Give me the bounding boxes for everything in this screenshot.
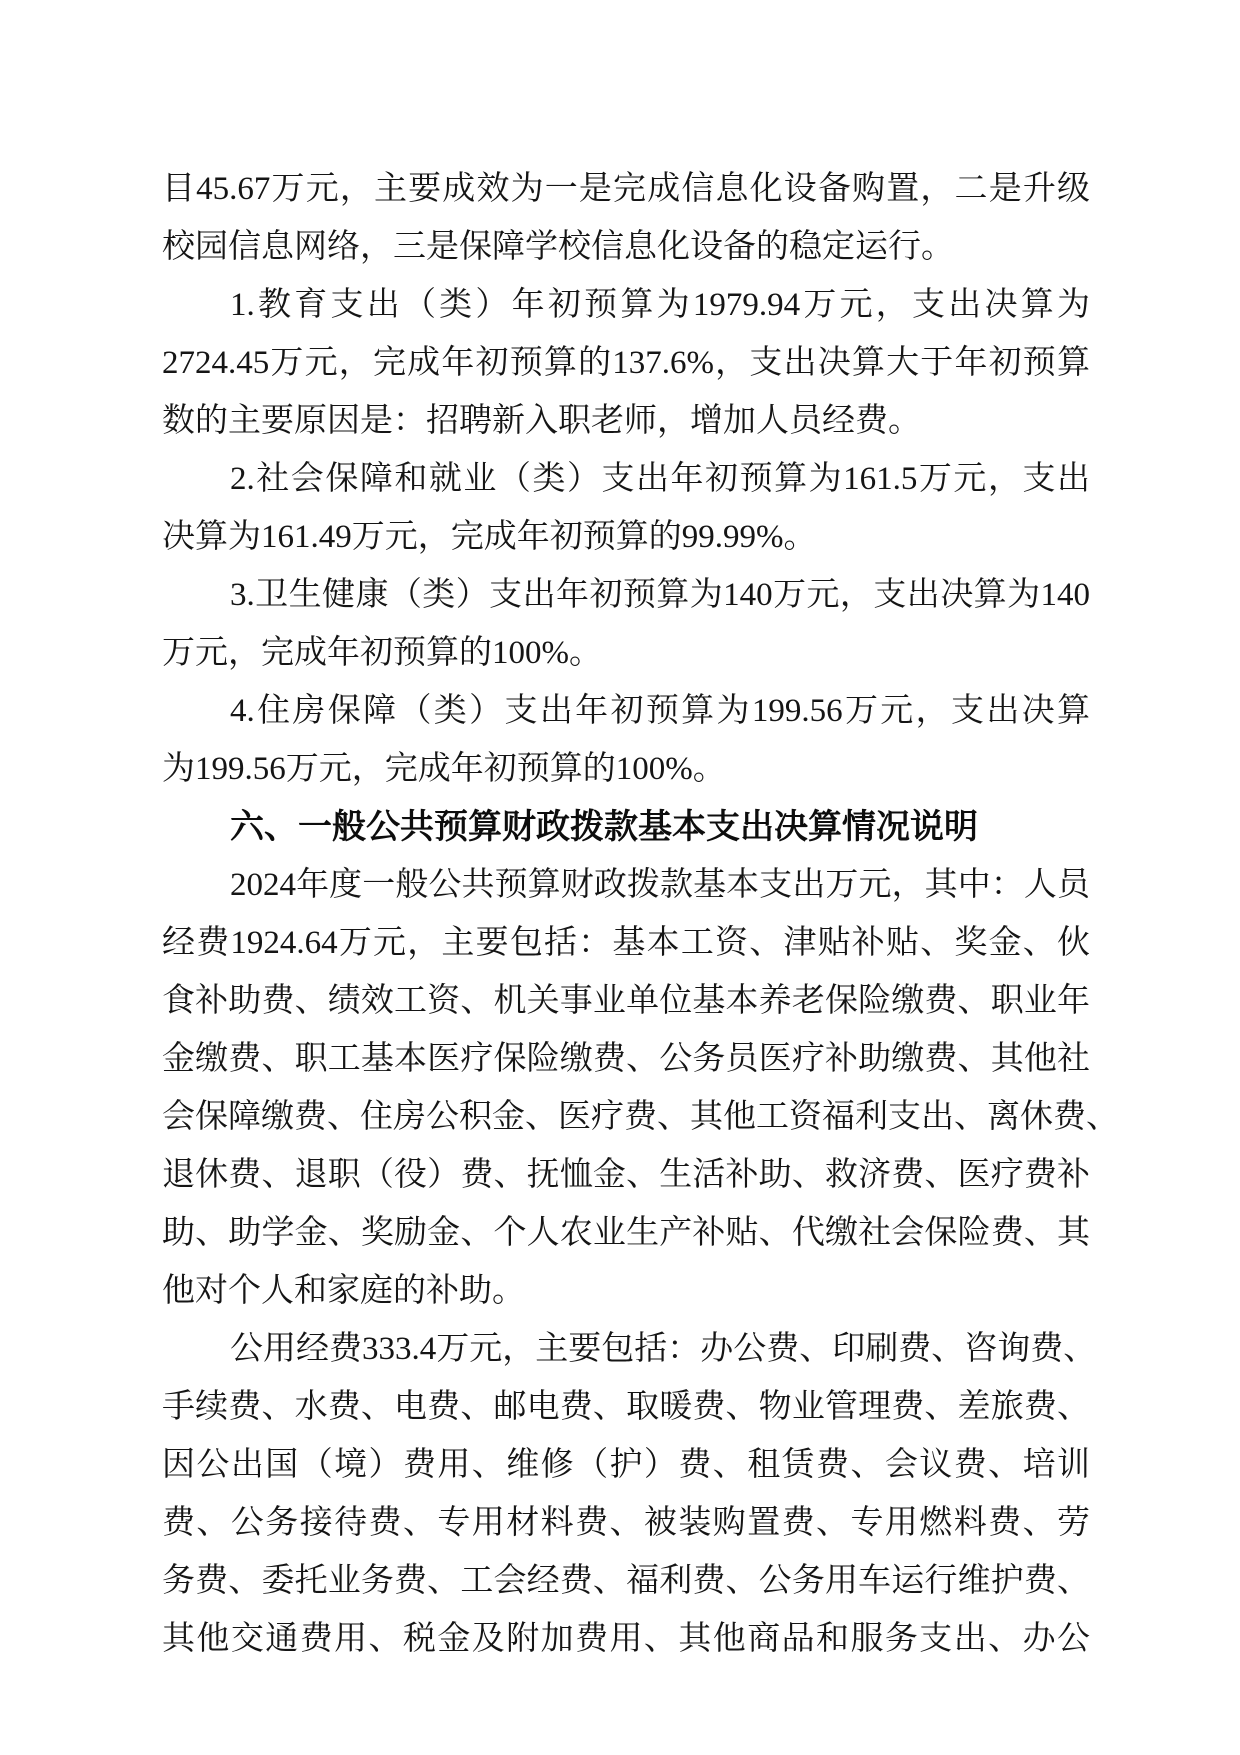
text-line: 2024年度一般公共预算财政拨款基本支出万元，其中：人员 xyxy=(162,856,1090,914)
text-line: 公用经费333.4万元，主要包括：办公费、印刷费、咨询费、 xyxy=(162,1320,1090,1378)
text-line: 助、助学金、奖励金、个人农业生产补贴、代缴社会保险费、其 xyxy=(162,1204,1090,1262)
section-heading: 六、一般公共预算财政拨款基本支出决算情况说明 xyxy=(162,798,1090,856)
text-line: 食补助费、绩效工资、机关事业单位基本养老保险缴费、职业年 xyxy=(162,972,1090,1030)
text-line: 4.住房保障（类）支出年初预算为199.56万元，支出决算 xyxy=(162,682,1090,740)
text-line: 1.教育支出（类）年初预算为1979.94万元，支出决算为 xyxy=(162,276,1090,334)
text-line: 为199.56万元，完成年初预算的100%。 xyxy=(162,740,1090,798)
text-line: 经费1924.64万元，主要包括：基本工资、津贴补贴、奖金、伙 xyxy=(162,914,1090,972)
text-line: 2724.45万元，完成年初预算的137.6%，支出决算大于年初预算 xyxy=(162,334,1090,392)
text-line: 金缴费、职工基本医疗保险缴费、公务员医疗补助缴费、其他社 xyxy=(162,1030,1090,1088)
text-line: 3.卫生健康（类）支出年初预算为140万元，支出决算为140 xyxy=(162,566,1090,624)
text-line: 他对个人和家庭的补助。 xyxy=(162,1262,1090,1320)
document-page: 目45.67万元，主要成效为一是完成信息化设备购置，二是升级 校园信息网络，三是… xyxy=(0,0,1240,1755)
text-line: 2.社会保障和就业（类）支出年初预算为161.5万元，支出 xyxy=(162,450,1090,508)
text-line: 费、公务接待费、专用材料费、被装购置费、专用燃料费、劳 xyxy=(162,1494,1090,1552)
text-line: 万元，完成年初预算的100%。 xyxy=(162,624,1090,682)
text-line: 其他交通费用、税金及附加费用、其他商品和服务支出、办公 xyxy=(162,1610,1090,1668)
text-line: 会保障缴费、住房公积金、医疗费、其他工资福利支出、离休费、 xyxy=(162,1088,1090,1146)
text-line: 务费、委托业务费、工会经费、福利费、公务用车运行维护费、 xyxy=(162,1552,1090,1610)
text-line: 因公出国（境）费用、维修（护）费、租赁费、会议费、培训 xyxy=(162,1436,1090,1494)
text-line: 退休费、退职（役）费、抚恤金、生活补助、救济费、医疗费补 xyxy=(162,1146,1090,1204)
text-line: 目45.67万元，主要成效为一是完成信息化设备购置，二是升级 xyxy=(162,160,1090,218)
text-line: 决算为161.49万元，完成年初预算的99.99%。 xyxy=(162,508,1090,566)
text-line: 校园信息网络，三是保障学校信息化设备的稳定运行。 xyxy=(162,218,1090,276)
text-line: 手续费、水费、电费、邮电费、取暖费、物业管理费、差旅费、 xyxy=(162,1378,1090,1436)
text-line: 数的主要原因是：招聘新入职老师，增加人员经费。 xyxy=(162,392,1090,450)
